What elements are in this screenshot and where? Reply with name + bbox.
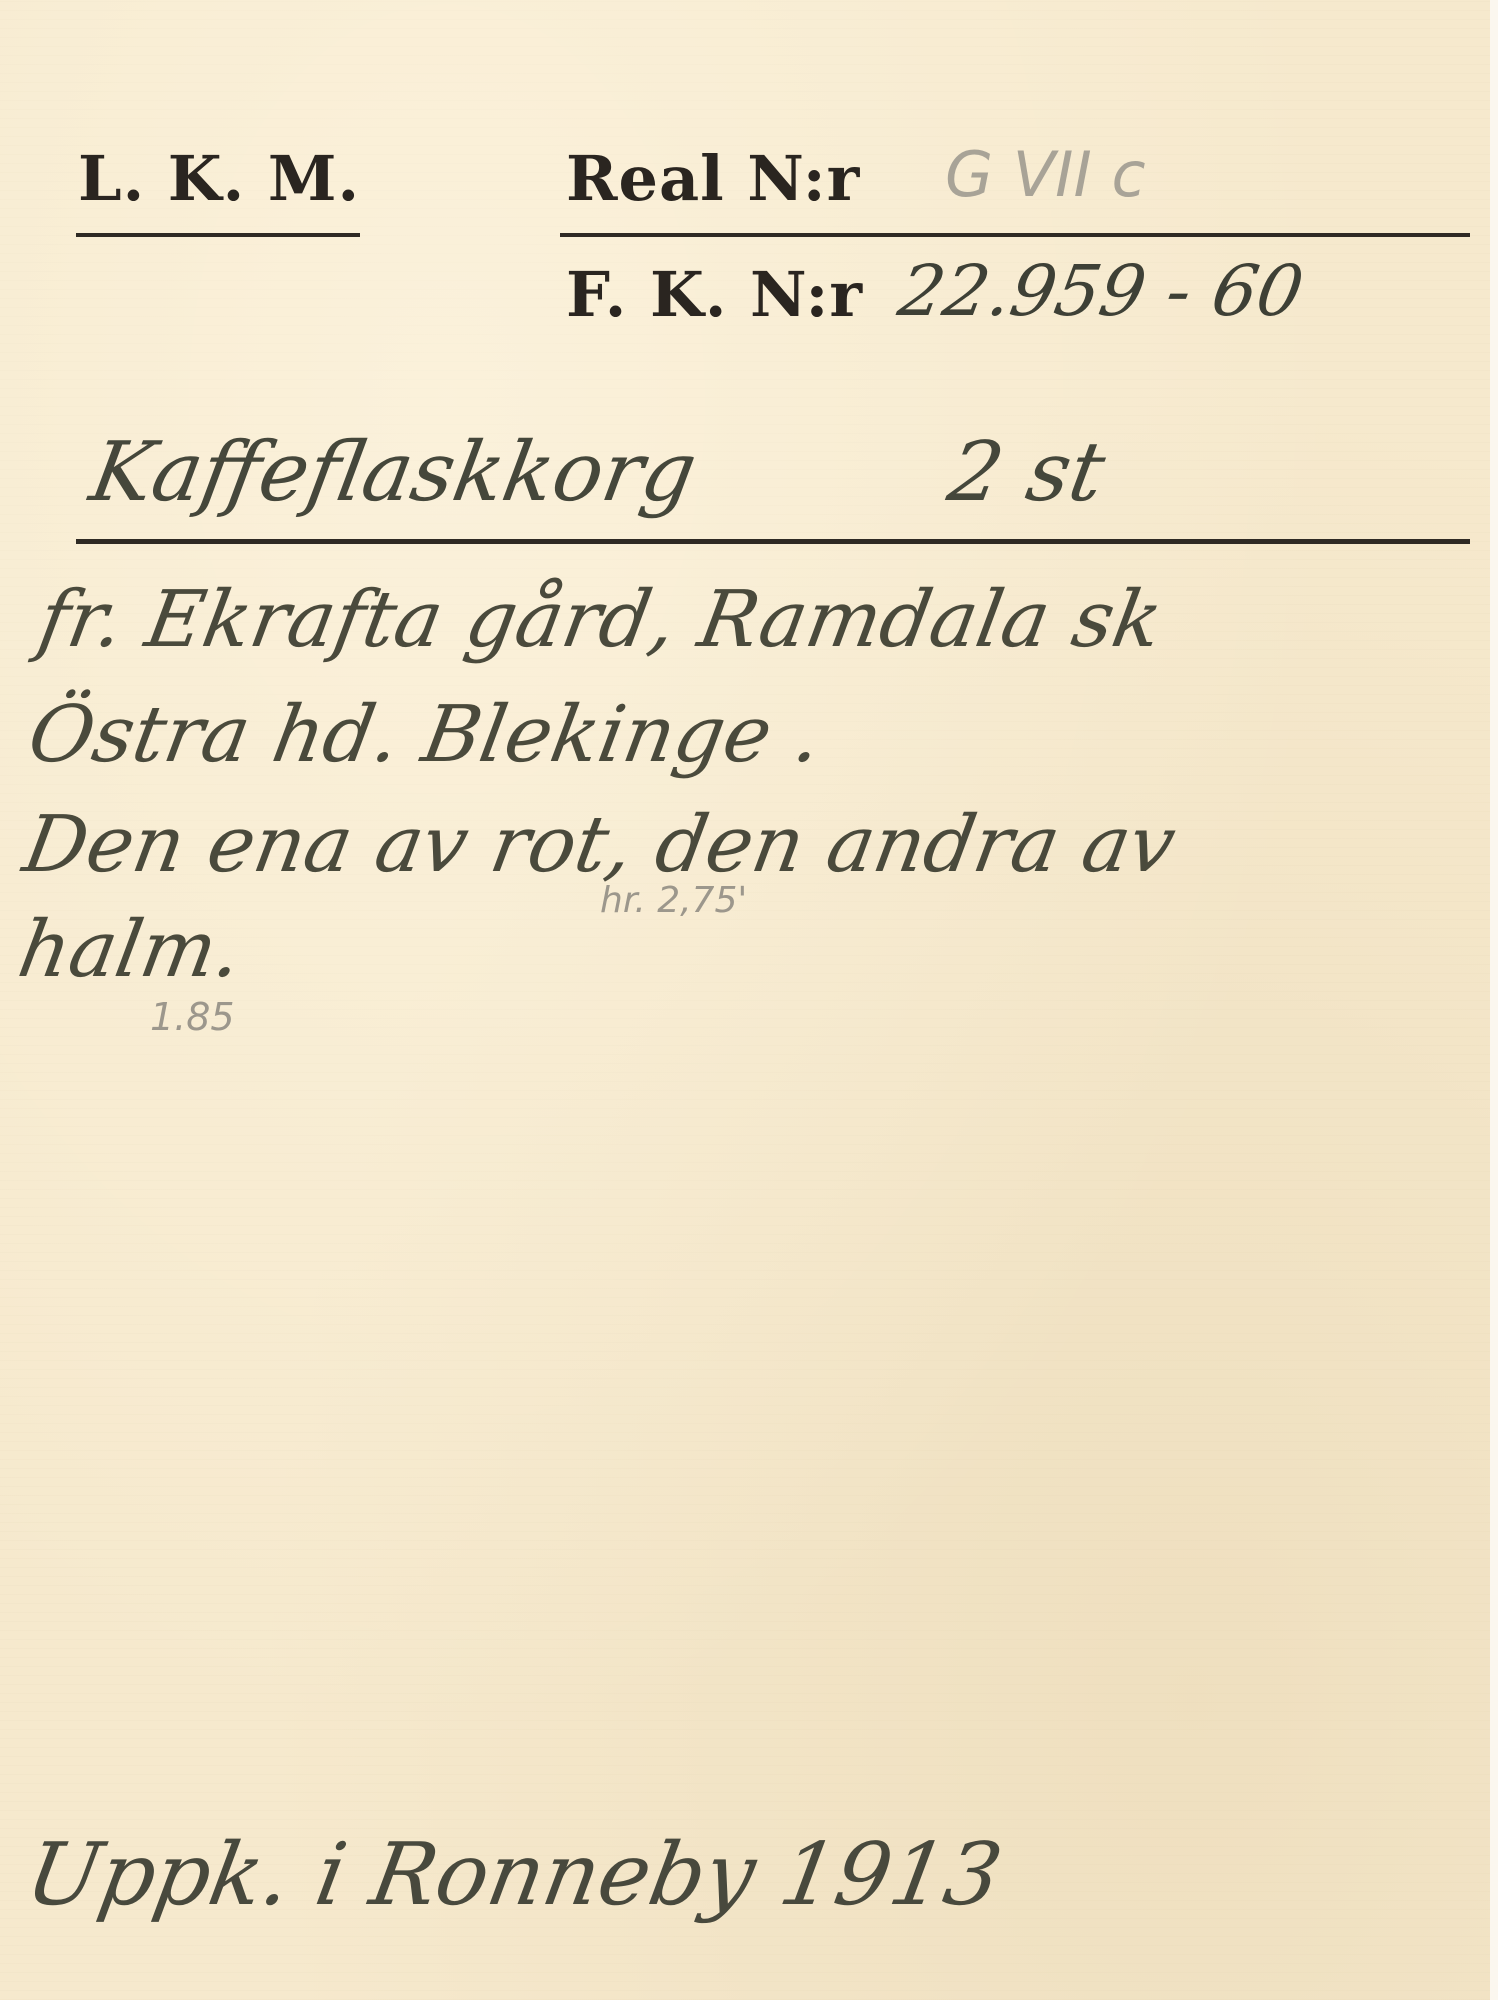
description-line-4: halm. — [12, 905, 248, 995]
pencil-dimension-note: hr. 2,75' — [600, 880, 747, 921]
title-underline — [76, 539, 1470, 544]
fk-nr-label: F. K. N:r — [566, 258, 863, 331]
fk-nr-value: 22.959 - 60 — [893, 250, 1310, 332]
pencil-value-note: 1.85 — [150, 995, 235, 1039]
real-nr-underline — [560, 233, 1470, 237]
real-nr-value: G VII c — [945, 138, 1146, 211]
institution-label: L. K. M. — [78, 142, 360, 215]
real-nr-label: Real N:r — [566, 142, 860, 215]
object-quantity: 2 st — [942, 425, 1112, 520]
description-line-1: fr. Ekrafta gård, Ramdala sk — [32, 575, 1169, 665]
scan-edge — [1490, 0, 1498, 2000]
catalog-card: L. K. M. Real N:r G VII c F. K. N:r 22.9… — [0, 0, 1490, 2000]
institution-underline — [76, 233, 360, 237]
acquisition-note: Uppk. i Ronneby 1913 — [19, 1825, 1009, 1925]
description-line-3: Den ena av rot, den andra av — [17, 800, 1182, 890]
description-line-2: Östra hd. Blekinge . — [22, 690, 828, 780]
object-title: Kaffeflaskkorg — [84, 425, 704, 520]
